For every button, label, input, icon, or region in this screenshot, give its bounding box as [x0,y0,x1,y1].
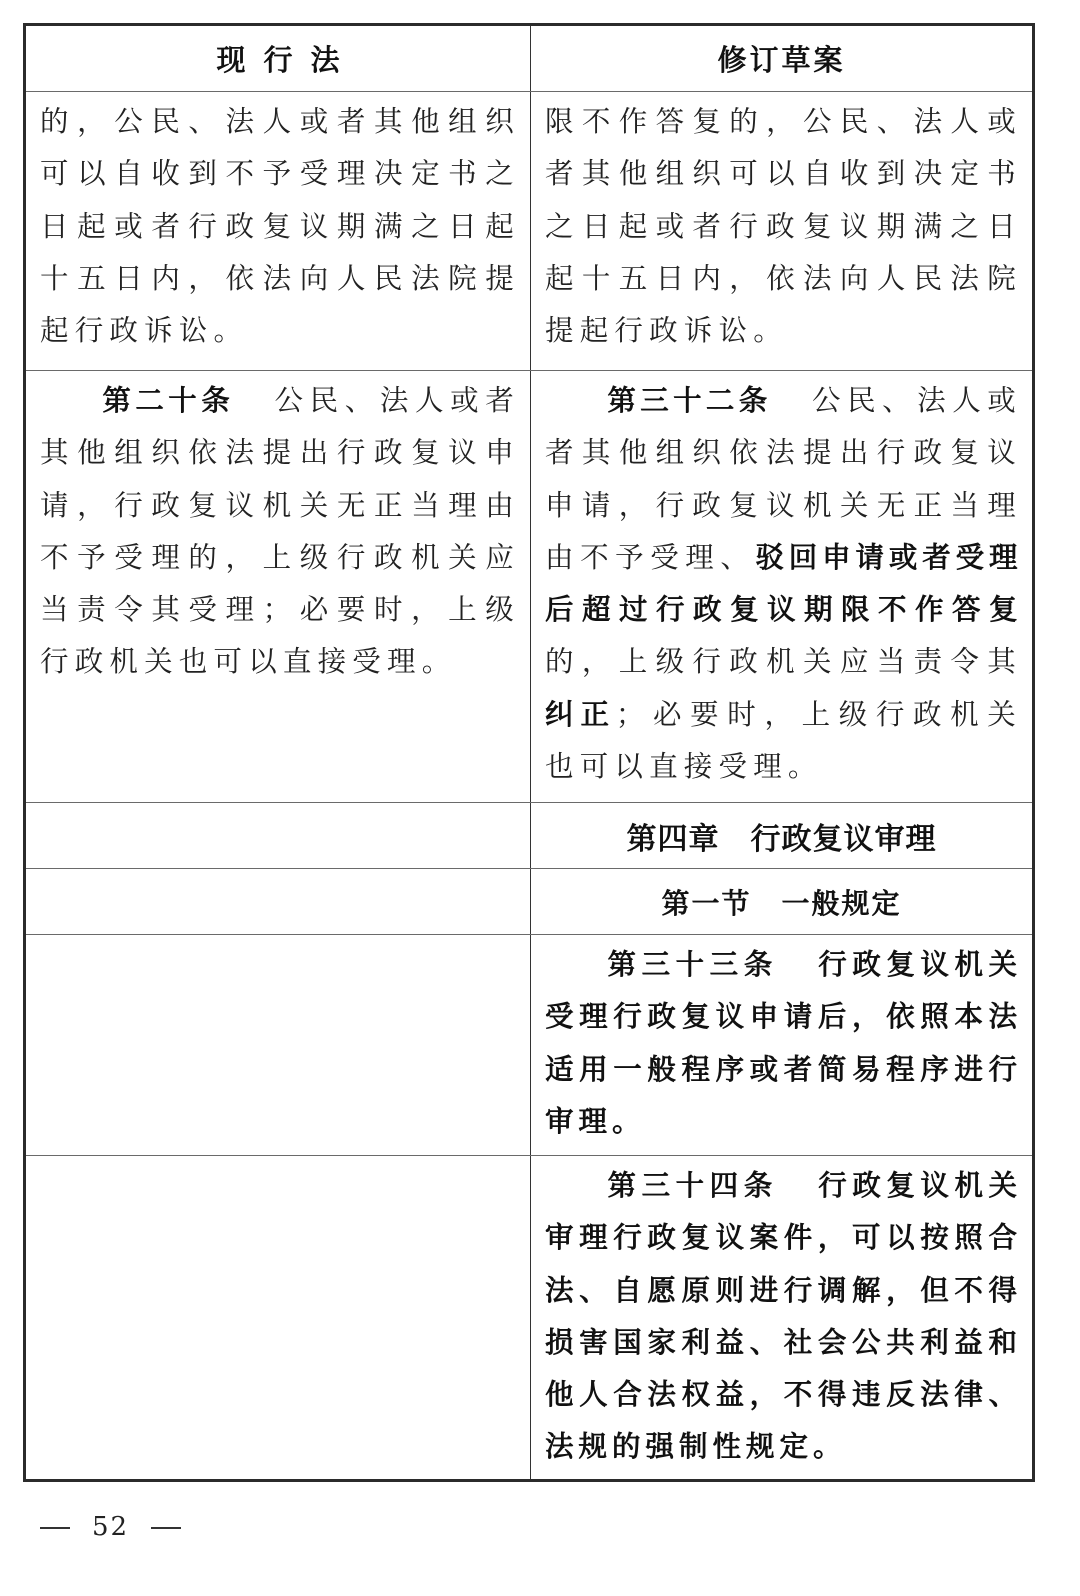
table-row: 的，公民、法人或者其他组织可以自收到不予受理决定书之日起或者行政复议期满之日起十… [26,92,1032,371]
header-cell-draft: 修订草案 [531,26,1032,91]
article-body: 公民、法人或者其他组织依法提出行政复议申请，行政复议机关无正当理由不予受理的，上… [40,384,520,678]
header-draft-amendment: 修订草案 [531,26,1032,91]
cell-draft: 第三十二条公民、法人或者其他组织依法提出行政复议申请，行政复议机关无正当理由不予… [531,371,1032,802]
table-row: 第四章 行政复议审理 [26,803,1032,869]
amendment-highlight: 纠正 [545,698,616,731]
current-law-article-20: 第二十条公民、法人或者其他组织依法提出行政复议申请，行政复议机关无正当理由不予受… [40,375,520,689]
cell-current-law-empty [26,803,531,868]
dash-left [40,1527,70,1529]
page-number-value: 52 [92,1512,129,1542]
section-heading: 第一节 一般规定 [531,869,1032,934]
comparison-table: 现行法 修订草案 的，公民、法人或者其他组织可以自收到不予受理决定书之日起或者行… [23,23,1035,1482]
cell-draft: 限不作答复的，公民、法人或者其他组织可以自收到决定书之日起或者行政复议期满之日起… [531,92,1032,370]
draft-article-34: 第三十四条行政复议机关审理行政复议案件，可以按照合法、自愿原则进行调解，但不得损… [545,1160,1022,1474]
table-row: 第二十条公民、法人或者其他组织依法提出行政复议申请，行政复议机关无正当理由不予受… [26,371,1032,803]
cell-current-law: 第二十条公民、法人或者其他组织依法提出行政复议申请，行政复议机关无正当理由不予受… [26,371,531,802]
cell-draft: 第三十四条行政复议机关审理行政复议案件，可以按照合法、自愿原则进行调解，但不得损… [531,1156,1032,1479]
article-number: 第三十三条 [607,948,778,981]
article-number: 第三十四条 [607,1169,778,1202]
article-body: 行政复议机关审理行政复议案件，可以按照合法、自愿原则进行调解，但不得损害国家利益… [545,1169,1022,1463]
article-number: 第三十二条 [607,384,772,417]
header-cell-current-law: 现行法 [26,26,531,91]
cell-draft: 第三十三条行政复议机关受理行政复议申请后，依照本法适用一般程序或者简易程序进行审… [531,935,1032,1155]
draft-article-32: 第三十二条公民、法人或者其他组织依法提出行政复议申请，行政复议机关无正当理由不予… [545,375,1022,793]
cell-current-law-empty [26,935,531,1155]
chapter-heading: 第四章 行政复议审理 [531,803,1032,868]
article-body-part2: 的，上级行政机关应当责令其 [545,645,1022,678]
table-row: 第三十三条行政复议机关受理行政复议申请后，依照本法适用一般程序或者简易程序进行审… [26,935,1032,1156]
cell-draft: 第一节 一般规定 [531,869,1032,934]
article-body-part3: ；必要时，上级行政机关也可以直接受理。 [545,698,1022,783]
cell-current-law-empty [26,869,531,934]
cell-current-law-empty [26,1156,531,1479]
dash-right [151,1527,181,1529]
current-law-text: 的，公民、法人或者其他组织可以自收到不予受理决定书之日起或者行政复议期满之日起十… [40,96,520,357]
table-header-row: 现行法 修订草案 [26,26,1032,92]
draft-article-33: 第三十三条行政复议机关受理行政复议申请后，依照本法适用一般程序或者简易程序进行审… [545,939,1022,1148]
table-row: 第一节 一般规定 [26,869,1032,935]
cell-draft: 第四章 行政复议审理 [531,803,1032,868]
article-number: 第二十条 [102,384,234,417]
page-number: 52 [38,1512,203,1542]
header-current-law: 现行法 [26,26,530,91]
draft-text: 限不作答复的，公民、法人或者其他组织可以自收到决定书之日起或者行政复议期满之日起… [545,96,1022,357]
cell-current-law: 的，公民、法人或者其他组织可以自收到不予受理决定书之日起或者行政复议期满之日起十… [26,92,531,370]
table-row: 第三十四条行政复议机关审理行政复议案件，可以按照合法、自愿原则进行调解，但不得损… [26,1156,1032,1479]
